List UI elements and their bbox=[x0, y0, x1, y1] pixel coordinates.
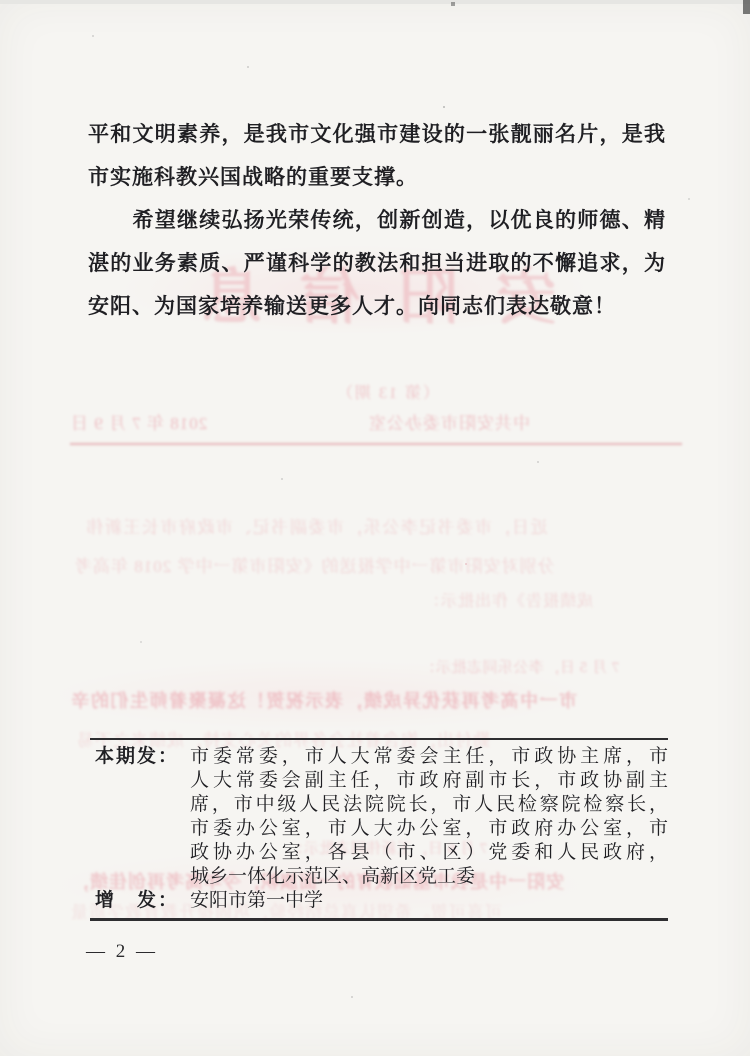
text-line: 市委常委，市人大常委会主任，市政协主席，市 bbox=[190, 745, 668, 769]
paragraph-continued: 平和文明素养，是我市文化强市建设的一张靓丽名片，是我市实施科教兴国战略的重要支撑… bbox=[88, 113, 666, 199]
text-line: 湛的业务素质、严谨科学的教法和担当进取的不懈追求，为 bbox=[88, 242, 666, 285]
paragraph-closing: 希望继续弘扬光荣传统，创新创造，以优良的师德、精湛的业务素质、严谨科学的教法和担… bbox=[88, 199, 666, 328]
text-line: 平和文明素养，是我市文化强市建设的一张靓丽名片，是我 bbox=[88, 113, 666, 156]
text-line: 希望继续弘扬光荣传统，创新创造，以优良的师德、精 bbox=[88, 199, 666, 242]
text-line: 市实施科教兴国战略的重要支撑。 bbox=[88, 156, 666, 199]
distribution-primary-content: 市委常委，市人大常委会主任，市政协主席，市人大常委会副主任，市政府副市长，市政协… bbox=[190, 745, 668, 889]
distribution-secondary-content: 安阳市第一中学 bbox=[190, 889, 668, 913]
distribution-primary-row: 本期发： 市委常委，市人大常委会主任，市政协主席，市人大常委会副主任，市政府副市… bbox=[90, 745, 668, 889]
distribution-primary-label: 本期发： bbox=[90, 745, 190, 889]
scanned-document-page: 安阳信息 （第 13 期） 中共安阳市委办公室 2018 年 7 月 9 日 近… bbox=[0, 0, 750, 1056]
scan-noise-specks bbox=[0, 0, 2, 2]
distribution-secondary-label: 增 发： bbox=[90, 889, 190, 913]
text-line: 人大常委会副主任，市政府副市长，市政协副主 bbox=[190, 769, 668, 793]
text-line: 城乡一体化示范区、高新区党工委 bbox=[190, 865, 668, 889]
distribution-secondary-row: 增 发： 安阳市第一中学 bbox=[90, 889, 668, 913]
distribution-list: 本期发： 市委常委，市人大常委会主任，市政协主席，市人大常委会副主任，市政府副市… bbox=[90, 738, 668, 921]
text-line: 政协办公室，各县（市、区）党委和人民政府， bbox=[190, 841, 668, 865]
page-number: — 2 — bbox=[86, 941, 158, 963]
body-text: 平和文明素养，是我市文化强市建设的一张靓丽名片，是我市实施科教兴国战略的重要支撑… bbox=[88, 113, 666, 328]
text-line: 市委办公室，市人大办公室，市政府办公室，市 bbox=[190, 817, 668, 841]
text-line: 席，市中级人民法院院长，市人民检察院检察长， bbox=[190, 793, 668, 817]
text-line: 安阳、为国家培养输送更多人才。向同志们表达敬意！ bbox=[88, 285, 666, 328]
document-content: 平和文明素养，是我市文化强市建设的一张靓丽名片，是我市实施科教兴国战略的重要支撑… bbox=[0, 0, 750, 1056]
text-line: 安阳市第一中学 bbox=[190, 889, 668, 913]
